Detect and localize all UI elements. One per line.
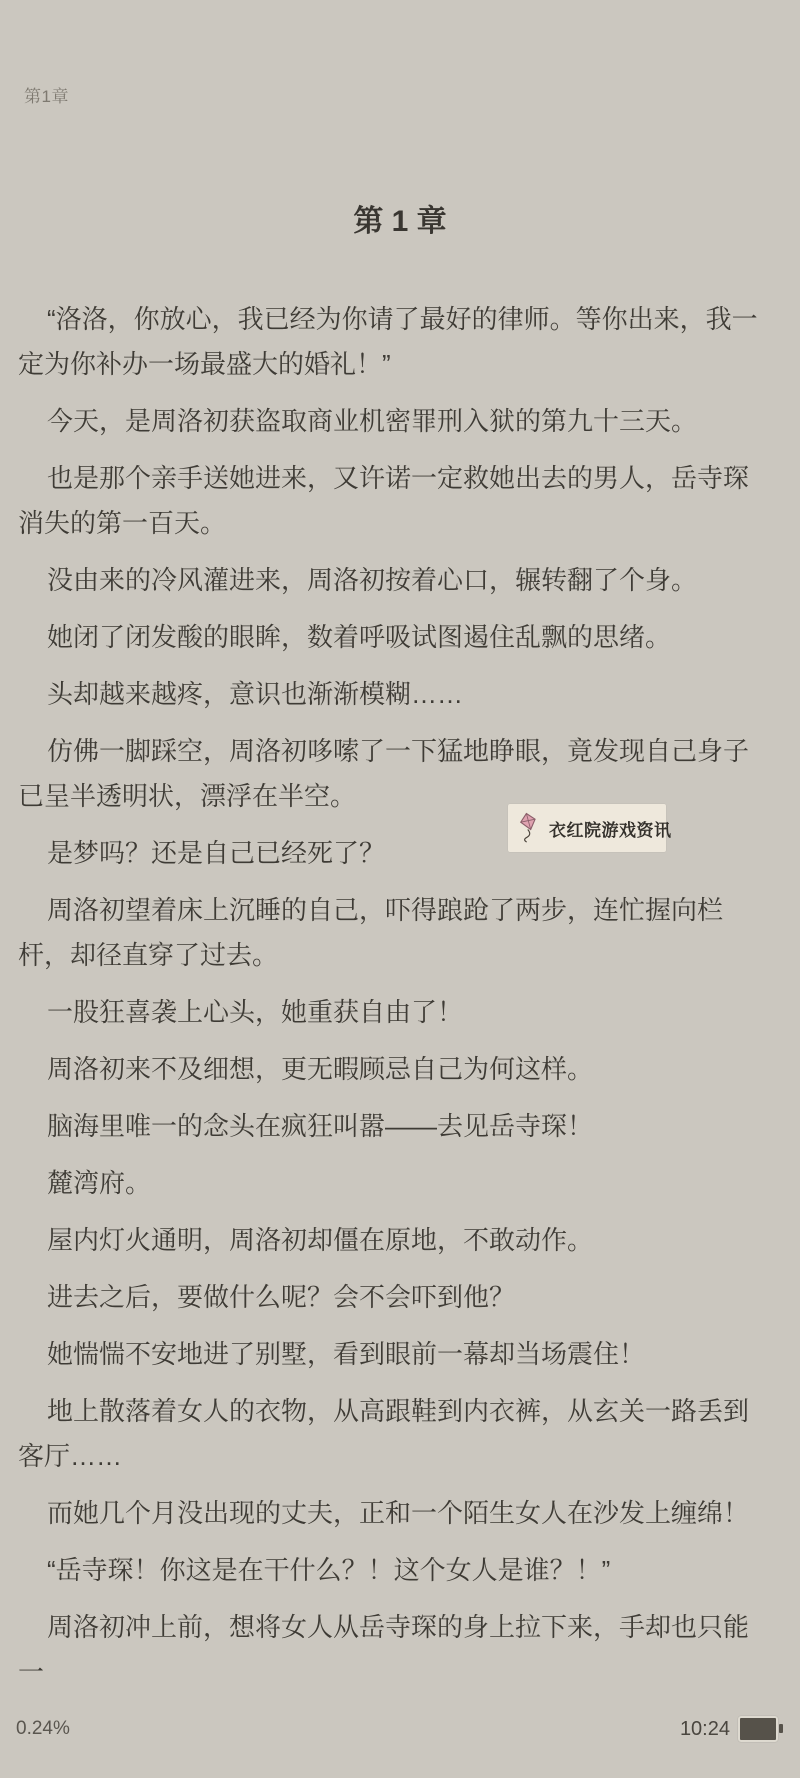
- paragraph: 周洛初来不及细想，更无暇顾忌自己为何这样。: [18, 1047, 770, 1092]
- paragraph: 一股狂喜袭上心头，她重获自由了！: [18, 990, 770, 1035]
- paragraph: 地上散落着女人的衣物，从高跟鞋到内衣裤，从玄关一路丢到客厅……: [18, 1389, 770, 1479]
- watermark-label: 衣红院游戏资讯: [549, 816, 672, 841]
- chapter-content[interactable]: “洛洛，你放心，我已经为你请了最好的律师。等你出来，我一定为你补办一场最盛大的婚…: [0, 297, 770, 1707]
- paragraph: 她闭了闭发酸的眼眸，数着呼吸试图遏住乱飘的思绪。: [18, 615, 770, 660]
- watermark-badge: 衣红院游戏资讯: [508, 804, 666, 852]
- paragraph: 脑海里唯一的念头在疯狂叫嚣——去见岳寺琛！: [18, 1104, 770, 1149]
- paragraph: 周洛初冲上前，想将女人从岳寺琛的身上拉下来，手却也只能一: [18, 1605, 770, 1695]
- paragraph: 屋内灯火通明，周洛初却僵在原地，不敢动作。: [18, 1218, 770, 1263]
- kite-icon: [518, 812, 540, 844]
- paragraph: 今天，是周洛初获盗取商业机密罪刑入狱的第九十三天。: [18, 399, 770, 444]
- paragraph: 她惴惴不安地进了别墅，看到眼前一幕却当场震住！: [18, 1332, 770, 1377]
- reading-progress: 0.24%: [16, 1718, 70, 1740]
- battery-icon: [738, 1716, 778, 1742]
- paragraph: 而她几个月没出现的丈夫，正和一个陌生女人在沙发上缠绵！: [18, 1491, 770, 1536]
- paragraph: 进去之后，要做什么呢？会不会吓到他？: [18, 1275, 770, 1320]
- paragraph: 也是那个亲手送她进来，又许诺一定救她出去的男人，岳寺琛消失的第一百天。: [18, 456, 770, 546]
- reader-screen: 第1章 第 1 章 “洛洛，你放心，我已经为你请了最好的律师。等你出来，我一定为…: [0, 0, 800, 1778]
- clock-time: 10:24: [680, 1718, 730, 1741]
- paragraph: “洛洛，你放心，我已经为你请了最好的律师。等你出来，我一定为你补办一场最盛大的婚…: [18, 297, 770, 387]
- paragraph: “岳寺琛！你这是在干什么？！这个女人是谁？！”: [18, 1548, 770, 1593]
- paragraph: 周洛初望着床上沉睡的自己，吓得踉跄了两步，连忙握向栏杆，却径直穿了过去。: [18, 888, 770, 978]
- footer-right-group: 10:24: [680, 1716, 778, 1742]
- chapter-header-label: 第1章: [24, 82, 69, 107]
- reader-footer: 0.24% 10:24: [16, 1716, 778, 1742]
- battery-nub: [779, 1724, 783, 1733]
- paragraph: 没由来的冷风灌进来，周洛初按着心口，辗转翻了个身。: [18, 558, 770, 603]
- paragraph: 麓湾府。: [18, 1161, 770, 1206]
- chapter-title: 第 1 章: [0, 196, 800, 240]
- paragraph: 头却越来越疼，意识也渐渐模糊……: [18, 672, 770, 717]
